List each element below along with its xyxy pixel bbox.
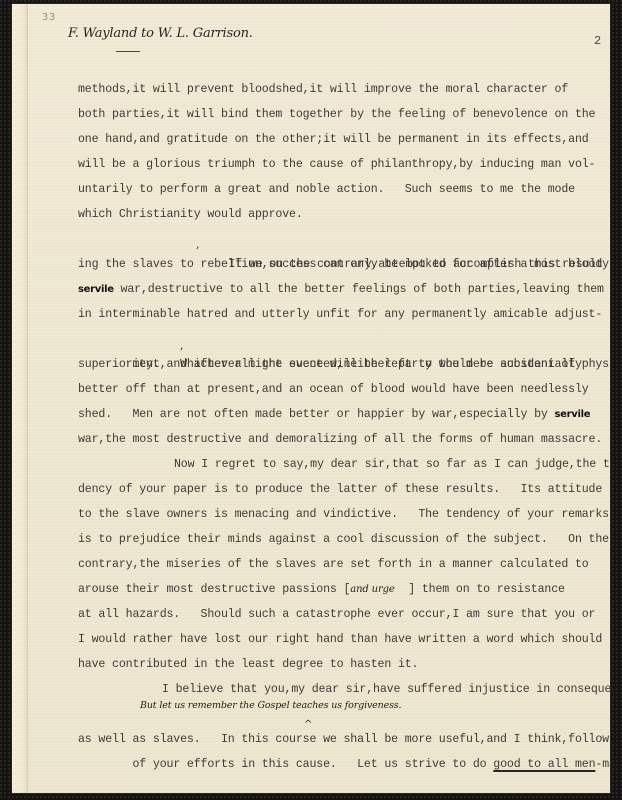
text-line: ing the slaves to rebellion,success can … <box>78 252 610 277</box>
letter-body: methods,it will prevent bloodshed,it wil… <box>78 77 610 752</box>
text-line: dency of your paper is to produce the la… <box>78 477 610 502</box>
text-line: war,the most destructive and demoralizin… <box>78 427 610 452</box>
servile-line: shed. Men are not often made better or h… <box>78 402 610 427</box>
page-number: 2 <box>594 34 601 48</box>
underlined-phrase: good to all men <box>493 758 595 771</box>
text-line: untarily to perform a great and noble ac… <box>78 177 610 202</box>
text-line: I would rather have lost our right hand … <box>78 627 610 652</box>
text-line: war,destructive to all the better feelin… <box>114 283 604 296</box>
text-line: -masters <box>595 758 610 771</box>
text-line: one hand,and gratitude on the other;it w… <box>78 127 610 152</box>
text-line: better off than at present,and an ocean … <box>78 377 610 402</box>
scanned-document-viewer: 33 F. Wayland to W. L. Garrison. 2 metho… <box>0 0 622 800</box>
text-line: at all hazards. Should such a catastroph… <box>78 602 610 627</box>
text-line: superiority. Whichever might succeed,nei… <box>78 352 610 377</box>
text-line: have contributed in the least degree to … <box>78 652 610 677</box>
text-line: both parties,it will bind them together … <box>78 102 610 127</box>
folio-number: 33 <box>42 12 56 23</box>
text-line: ] them on to resistance <box>395 583 565 596</box>
handwritten-correction-servile: servile <box>555 409 591 420</box>
comma-line: ment,and after all the event will be lef… <box>78 327 610 352</box>
text-line: will be a glorious triumph to the cause … <box>78 152 610 177</box>
text-line: shed. Men are not often made better or h… <box>78 408 555 421</box>
text-line: arouse their most destructive passions [ <box>78 583 350 596</box>
handwritten-insertion-and-urge: and urge <box>350 584 394 595</box>
text-line: of your efforts in this cause. Let us st… <box>132 758 493 771</box>
insertion-line: arouse their most destructive passions [… <box>78 577 610 602</box>
text-line: in interminable hatred and utterly unfit… <box>78 302 610 327</box>
text-line: as well as slaves. In this course we sha… <box>78 727 610 752</box>
handwritten-header: F. Wayland to W. L. Garrison. <box>68 26 253 41</box>
annotated-line: But let us remember the Gospel teaches u… <box>78 702 610 727</box>
paragraph-start-line: If we on the contrary,attempt to accompl… <box>78 227 610 252</box>
handwritten-gospel-note: But let us remember the Gospel teaches u… <box>140 693 401 718</box>
letter-page: 33 F. Wayland to W. L. Garrison. 2 metho… <box>12 4 610 793</box>
handwritten-correction-servile: servile <box>78 284 114 295</box>
text-line: to the slave owners is menacing and vind… <box>78 502 610 527</box>
text-line: methods,it will prevent bloodshed,it wil… <box>78 77 610 102</box>
text-line: which Christianity would approve. <box>78 202 610 227</box>
servile-line: servile war,destructive to all the bette… <box>78 277 610 302</box>
text-line: Now I regret to say,my dear sir,that so … <box>78 452 610 477</box>
text-line: contrary,the miseries of the slaves are … <box>78 552 610 577</box>
text-line: is to prejudice their minds against a co… <box>78 527 610 552</box>
header-underline <box>116 51 140 52</box>
